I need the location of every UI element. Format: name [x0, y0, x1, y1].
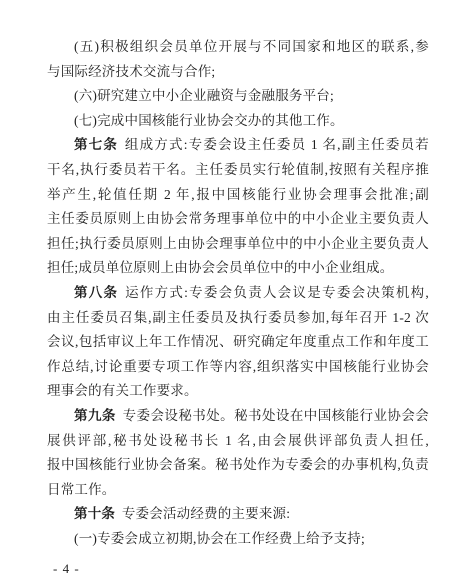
text-line: (七)完成中国核能行业协会交办的其他工作。: [47, 109, 429, 134]
text-line: 举产生,轮值任期 2 年,报中国核能行业协会理事会批准;副: [47, 183, 429, 208]
text-line: 由主任委员召集,副主任委员及执行委员参加,每年召开 1-2 次: [47, 306, 429, 331]
line-text: 运作方式:专委会负责人会议是专委会决策机构,: [125, 285, 429, 300]
page-number: - 4 -: [53, 561, 80, 577]
text-line: (六)研究建立中小企业融资与金融服务平台;: [47, 84, 429, 109]
text-line: 第九条专委会设秘书处。秘书处设在中国核能行业协会会: [47, 404, 429, 429]
text-line: 展供评部,秘书处设秘书长 1 名,由会展供评部负责人担任,: [47, 429, 429, 454]
article-number: 第八条: [74, 285, 118, 300]
line-text: 担任;成员单位原则上由协会会员单位中的中小企业组成。: [47, 260, 393, 275]
line-text: 组成方式:专委会设主任委员 1 名,副主任委员若: [125, 137, 429, 152]
text-line: 报中国核能行业协会备案。秘书处作为专委会的办事机构,负责: [47, 453, 429, 478]
text-line: 第八条运作方式:专委会负责人会议是专委会决策机构,: [47, 281, 429, 306]
line-text: 专委会活动经费的主要来源:: [122, 506, 290, 521]
line-text: 理事会的有关工作要求。: [47, 383, 198, 398]
text-line: 日常工作。: [47, 478, 429, 503]
text-line: 主任委员原则上由协会常务理事单位中的中小企业主要负责人: [47, 207, 429, 232]
line-text: (一)专委会成立初期,协会在工作经费上给予支持;: [74, 531, 365, 546]
line-text: 由主任委员召集,副主任委员及执行委员参加,每年召开 1-2 次: [47, 310, 429, 325]
text-line: 作总结,讨论重要专项工作等内容,组织落实中国核能行业协会: [47, 355, 429, 380]
text-line: 会议,包括审议上年工作情况、研究确定年度重点工作和年度工: [47, 330, 429, 355]
text-line: (五)积极组织会员单位开展与不同国家和地区的联系,参: [47, 35, 429, 60]
text-line: 与国际经济技术交流与合作;: [47, 60, 429, 85]
line-text: 会议,包括审议上年工作情况、研究确定年度重点工作和年度工: [47, 334, 429, 349]
article-number: 第七条: [74, 137, 118, 152]
text-line: 干名,执行委员若干名。主任委员实行轮值制,按照有关程序推: [47, 158, 429, 183]
document-body: (五)积极组织会员单位开展与不同国家和地区的联系,参与国际经济技术交流与合作;(…: [47, 35, 429, 551]
text-line: 第十条专委会活动经费的主要来源:: [47, 502, 429, 527]
line-text: (七)完成中国核能行业协会交办的其他工作。: [74, 113, 344, 128]
text-line: 第七条组成方式:专委会设主任委员 1 名,副主任委员若: [47, 133, 429, 158]
line-text: 与国际经济技术交流与合作;: [47, 64, 215, 79]
text-line: 担任;执行委员原则上由协会理事单位中的中小企业主要负责人: [47, 232, 429, 257]
line-text: 报中国核能行业协会备案。秘书处作为专委会的办事机构,负责: [47, 457, 429, 472]
line-text: 作总结,讨论重要专项工作等内容,组织落实中国核能行业协会: [47, 359, 429, 374]
line-text: 担任;执行委员原则上由协会理事单位中的中小企业主要负责人: [47, 236, 429, 251]
text-line: (一)专委会成立初期,协会在工作经费上给予支持;: [47, 527, 429, 552]
article-number: 第九条: [74, 408, 116, 423]
text-line: 担任;成员单位原则上由协会会员单位中的中小企业组成。: [47, 256, 429, 281]
line-text: 专委会设秘书处。秘书处设在中国核能行业协会会: [123, 408, 429, 423]
line-text: (五)积极组织会员单位开展与不同国家和地区的联系,参: [74, 39, 429, 54]
text-line: 理事会的有关工作要求。: [47, 379, 429, 404]
line-text: 主任委员原则上由协会常务理事单位中的中小企业主要负责人: [47, 211, 429, 226]
line-text: 日常工作。: [47, 482, 116, 497]
article-number: 第十条: [74, 506, 115, 521]
line-text: (六)研究建立中小企业融资与金融服务平台;: [74, 88, 334, 103]
line-text: 举产生,轮值任期 2 年,报中国核能行业协会理事会批准;副: [47, 187, 429, 202]
document-page: (五)积极组织会员单位开展与不同国家和地区的联系,参与国际经济技术交流与合作;(…: [0, 0, 472, 585]
line-text: 干名,执行委员若干名。主任委员实行轮值制,按照有关程序推: [47, 162, 429, 177]
line-text: 展供评部,秘书处设秘书长 1 名,由会展供评部负责人担任,: [47, 433, 429, 448]
